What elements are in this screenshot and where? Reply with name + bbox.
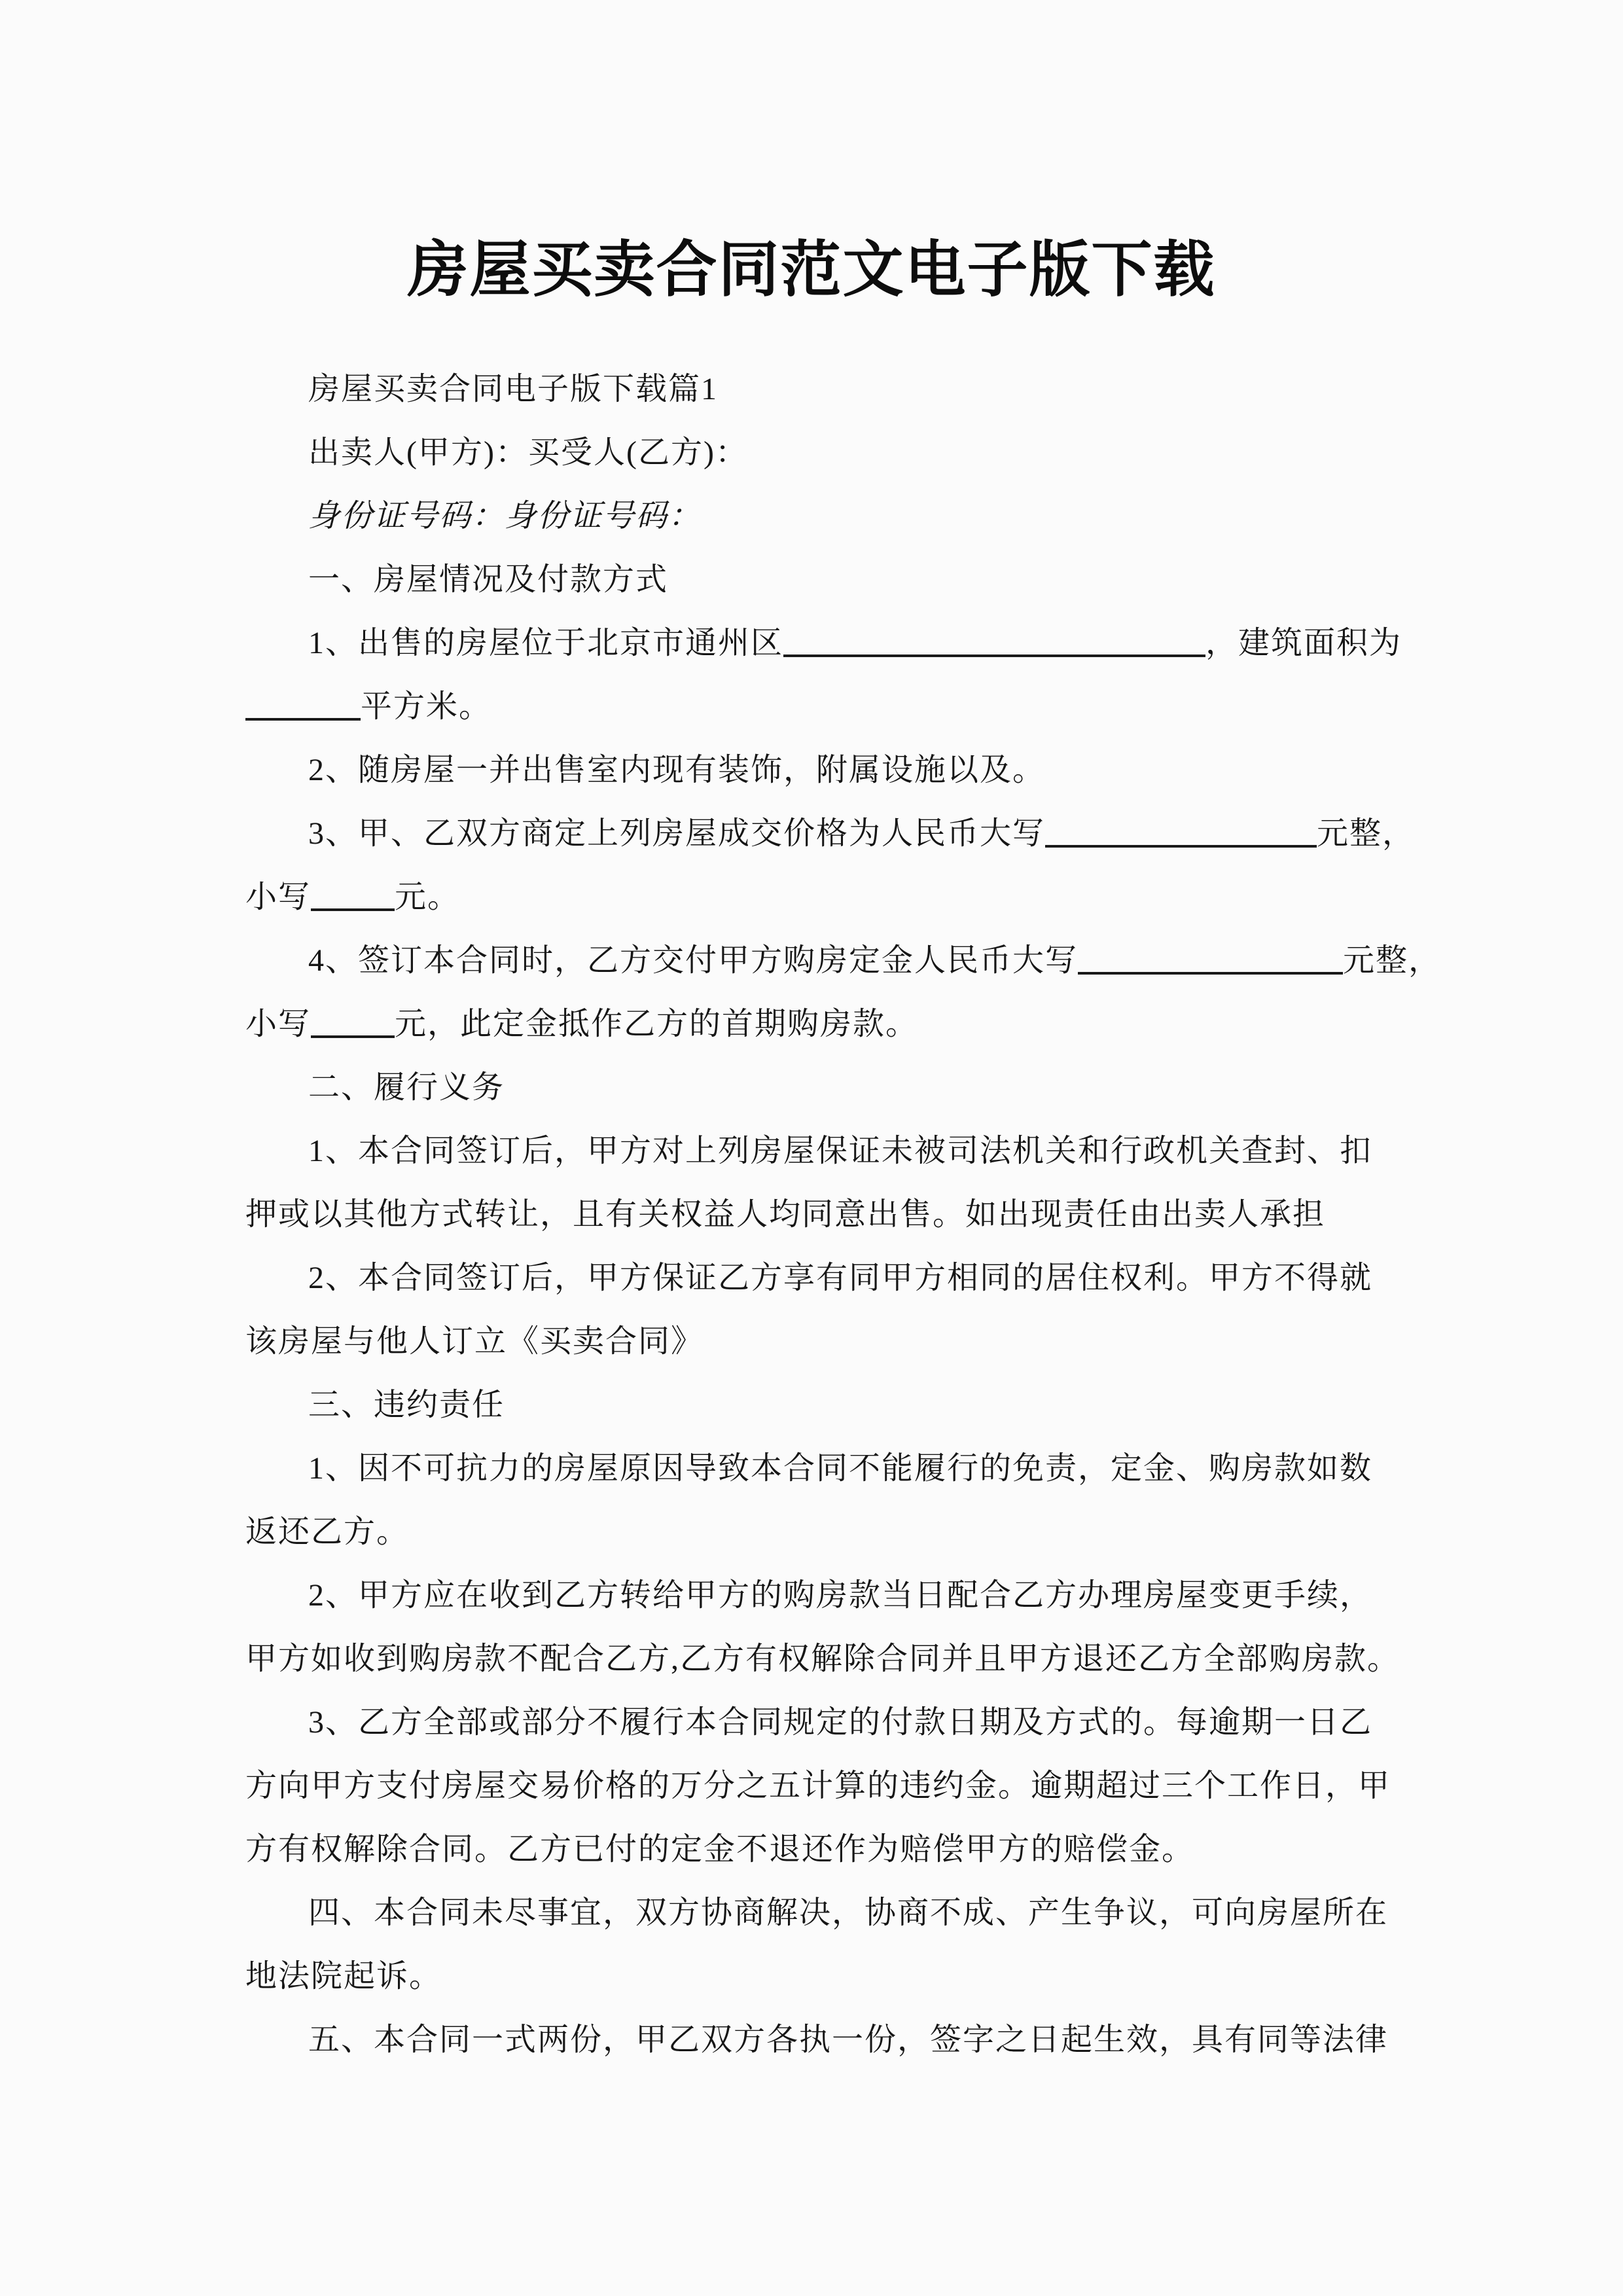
text-run: 元整， <box>1317 816 1415 851</box>
fill-in-blank <box>311 902 395 911</box>
contract-line: 1、因不可抗力的房屋原因导致本合同不能履行的免责，定金、购房款如数 <box>245 1437 1384 1500</box>
text-run: 三、违约责任 <box>308 1388 505 1422</box>
contract-line: 2、随房屋一并出售室内现有装饰，附属设施以及。 <box>245 738 1384 802</box>
text-run: 五、本合同一式两份，甲乙双方各执一份，签字之日起生效，具有同等法律 <box>308 2022 1388 2057</box>
text-run: 方有权解除合同。乙方已付的定金不退还作为赔偿甲方的赔偿金。 <box>245 1832 1194 1867</box>
contract-line: 四、本合同未尽事宜，双方协商解决，协商不成、产生争议，可向房屋所在 <box>245 1881 1384 1945</box>
contract-line: 平方米。 <box>245 675 1384 738</box>
contract-line: 1、本合同签订后，甲方对上列房屋保证未被司法机关和行政机关查封、扣 <box>245 1119 1384 1183</box>
fill-in-blank <box>245 711 361 721</box>
text-run: 四、本合同未尽事宜，双方协商解决，协商不成、产生争议，可向房屋所在 <box>308 1895 1388 1930</box>
contract-line: 4、签订本合同时，乙方交付甲方购房定金人民币大写元整， <box>245 929 1384 992</box>
text-run: 元。 <box>395 880 460 914</box>
text-run: 地法院起诉。 <box>245 1959 442 1994</box>
contract-line: 押或以其他方式转让，且有关权益人均同意出售。如出现责任由出卖人承担 <box>245 1183 1384 1246</box>
contract-line: 身份证号码：身份证号码： <box>245 484 1384 548</box>
contract-line: 1、出售的房屋位于北京市通州区，建筑面积为 <box>245 611 1384 675</box>
contract-line: 返还乙方。 <box>245 1500 1384 1564</box>
contract-line: 二、履行义务 <box>245 1056 1384 1119</box>
text-run: 出卖人(甲方)：买受人(乙方)： <box>308 435 748 470</box>
document-page: 房屋买卖合同范文电子版下载 房屋买卖合同电子版下载篇1出卖人(甲方)：买受人(乙… <box>0 0 1623 2296</box>
text-run: 2、本合同签订后，甲方保证乙方享有同甲方相同的居住权利。甲方不得就 <box>308 1261 1372 1295</box>
fill-in-blank <box>1045 838 1317 848</box>
contract-line: 五、本合同一式两份，甲乙双方各执一份，签字之日起生效，具有同等法律 <box>245 2008 1384 2072</box>
fill-in-blank <box>1078 965 1343 975</box>
contract-body: 房屋买卖合同电子版下载篇1出卖人(甲方)：买受人(乙方)：身份证号码：身份证号码… <box>245 357 1384 2072</box>
text-run: 2、随房屋一并出售室内现有装饰，附属设施以及。 <box>308 753 1045 787</box>
contract-line: 方有权解除合同。乙方已付的定金不退还作为赔偿甲方的赔偿金。 <box>245 1818 1384 1881</box>
text-run: 一、房屋情况及付款方式 <box>308 562 668 597</box>
text-run: 小写 <box>245 880 311 914</box>
text-run: 二、履行义务 <box>308 1070 505 1105</box>
text-run: 身份证号码：身份证号码： <box>308 499 701 533</box>
text-run: 1、因不可抗力的房屋原因导致本合同不能履行的免责，定金、购房款如数 <box>308 1451 1372 1486</box>
contract-line: 小写元。 <box>245 865 1384 929</box>
text-run: 元整， <box>1343 943 1441 978</box>
text-run: 房屋买卖合同电子版下载篇1 <box>308 372 718 406</box>
contract-line: 房屋买卖合同电子版下载篇1 <box>245 357 1384 421</box>
contract-line: 甲方如收到购房款不配合乙方,乙方有权解除合同并且甲方退还乙方全部购房款。 <box>245 1627 1384 1691</box>
fill-in-blank <box>311 1029 395 1038</box>
contract-line: 三、违约责任 <box>245 1373 1384 1437</box>
text-run: 返还乙方。 <box>245 1515 409 1549</box>
contract-line: 小写元，此定金抵作乙方的首期购房款。 <box>245 992 1384 1056</box>
page-title: 房屋买卖合同范文电子版下载 <box>0 232 1623 310</box>
contract-line: 地法院起诉。 <box>245 1945 1384 2008</box>
contract-line: 3、乙方全部或部分不履行本合同规定的付款日期及方式的。每逾期一日乙 <box>245 1691 1384 1754</box>
contract-line: 出卖人(甲方)：买受人(乙方)： <box>245 421 1384 484</box>
text-run: ，建筑面积为 <box>1205 626 1402 660</box>
contract-line: 该房屋与他人订立《买卖合同》 <box>245 1310 1384 1373</box>
text-run: 方向甲方支付房屋交易价格的万分之五计算的违约金。逾期超过三个工作日，甲 <box>245 1768 1391 1803</box>
text-run: 押或以其他方式转让，且有关权益人均同意出售。如出现责任由出卖人承担 <box>245 1197 1325 1232</box>
text-run: 平方米。 <box>361 689 491 724</box>
contract-line: 2、甲方应在收到乙方转给甲方的购房款当日配合乙方办理房屋变更手续， <box>245 1564 1384 1627</box>
text-run: 甲方如收到购房款不配合乙方,乙方有权解除合同并且甲方退还乙方全部购房款。 <box>245 1641 1400 1676</box>
text-run: 3、甲、乙双方商定上列房屋成交价格为人民币大写 <box>308 816 1045 851</box>
text-run: 1、出售的房屋位于北京市通州区 <box>308 626 783 660</box>
fill-in-blank <box>783 648 1205 657</box>
text-run: 小写 <box>245 1007 311 1041</box>
text-run: 3、乙方全部或部分不履行本合同规定的付款日期及方式的。每逾期一日乙 <box>308 1705 1372 1740</box>
text-run: 2、甲方应在收到乙方转给甲方的购房款当日配合乙方办理房屋变更手续， <box>308 1578 1372 1613</box>
text-run: 元，此定金抵作乙方的首期购房款。 <box>395 1007 918 1041</box>
contract-line: 2、本合同签订后，甲方保证乙方享有同甲方相同的居住权利。甲方不得就 <box>245 1246 1384 1310</box>
contract-line: 方向甲方支付房屋交易价格的万分之五计算的违约金。逾期超过三个工作日，甲 <box>245 1754 1384 1818</box>
text-run: 该房屋与他人订立《买卖合同》 <box>245 1324 704 1359</box>
text-run: 1、本合同签订后，甲方对上列房屋保证未被司法机关和行政机关查封、扣 <box>308 1134 1372 1168</box>
contract-line: 3、甲、乙双方商定上列房屋成交价格为人民币大写元整， <box>245 802 1384 865</box>
text-run: 4、签订本合同时，乙方交付甲方购房定金人民币大写 <box>308 943 1078 978</box>
contract-line: 一、房屋情况及付款方式 <box>245 548 1384 611</box>
